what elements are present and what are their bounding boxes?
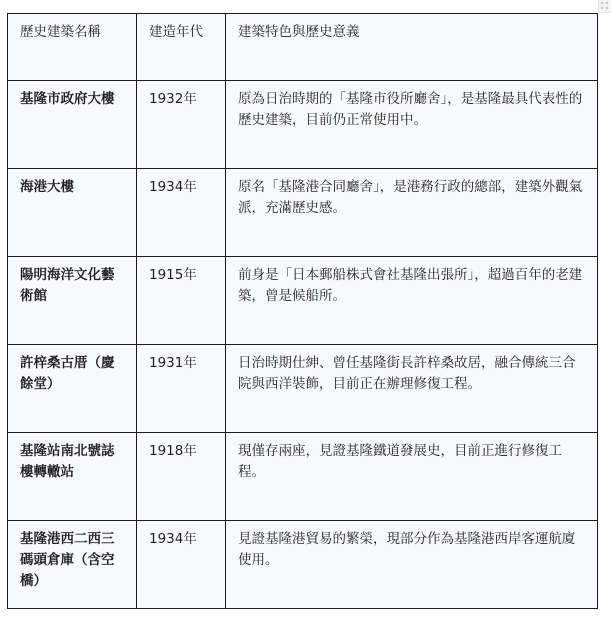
drag-dot — [601, 7, 603, 9]
building-name-cell: 基隆市政府大樓 — [8, 81, 137, 169]
year-cell: 1932年 — [137, 81, 226, 169]
year-cell: 1918年 — [137, 433, 226, 521]
drag-dot — [601, 2, 603, 4]
year-cell: 1915年 — [137, 257, 226, 345]
drag-dot — [606, 7, 608, 9]
table-row: 陽明海洋文化藝術館 1915年 前身是「日本郵船株式會社基隆出張所」，超過百年的… — [8, 257, 598, 345]
description-cell: 前身是「日本郵船株式會社基隆出張所」，超過百年的老建築，曾是候船所。 — [226, 257, 598, 345]
building-name-cell: 海港大樓 — [8, 169, 137, 257]
historic-buildings-table: 歷史建築名稱 建造年代 建築特色與歷史意義 基隆市政府大樓 1932年 原為日治… — [7, 13, 598, 609]
year-cell: 1931年 — [137, 345, 226, 433]
description-cell: 現僅存兩座，見證基隆鐵道發展史，目前正進行修復工程。 — [226, 433, 598, 521]
drag-dot — [606, 2, 608, 4]
table-row: 基隆市政府大樓 1932年 原為日治時期的「基隆市役所廳舍」，是基隆最具代表性的… — [8, 81, 598, 169]
table-row: 基隆港西二西三碼頭倉庫（含空橋） 1934年 見證基隆港貿易的繁榮，現部分作為基… — [8, 521, 598, 609]
header-features-significance: 建築特色與歷史意義 — [226, 14, 598, 81]
drag-handle-icon[interactable] — [598, 0, 611, 13]
table-row: 基隆站南北號誌樓轉轍站 1918年 現僅存兩座，見證基隆鐵道發展史，目前正進行修… — [8, 433, 598, 521]
table-row: 海港大樓 1934年 原名「基隆港合同廳舍」，是港務行政的總部，建築外觀氣派，充… — [8, 169, 598, 257]
building-name-cell: 基隆站南北號誌樓轉轍站 — [8, 433, 137, 521]
description-cell: 原為日治時期的「基隆市役所廳舍」，是基隆最具代表性的歷史建築，目前仍正常使用中。 — [226, 81, 598, 169]
table-row: 許梓桑古厝（慶餘堂） 1931年 日治時期仕紳、曾任基隆街長許梓桑故居，融合傳統… — [8, 345, 598, 433]
historic-buildings-table-container: 歷史建築名稱 建造年代 建築特色與歷史意義 基隆市政府大樓 1932年 原為日治… — [7, 13, 598, 609]
building-name-cell: 許梓桑古厝（慶餘堂） — [8, 345, 137, 433]
header-construction-year: 建造年代 — [137, 14, 226, 81]
header-building-name: 歷史建築名稱 — [8, 14, 137, 81]
building-name-cell: 基隆港西二西三碼頭倉庫（含空橋） — [8, 521, 137, 609]
year-cell: 1934年 — [137, 521, 226, 609]
description-cell: 日治時期仕紳、曾任基隆街長許梓桑故居，融合傳統三合院與西洋裝飾，目前正在辦理修復… — [226, 345, 598, 433]
year-cell: 1934年 — [137, 169, 226, 257]
table-header-row: 歷史建築名稱 建造年代 建築特色與歷史意義 — [8, 14, 598, 81]
description-cell: 原名「基隆港合同廳舍」，是港務行政的總部，建築外觀氣派，充滿歷史感。 — [226, 169, 598, 257]
description-cell: 見證基隆港貿易的繁榮，現部分作為基隆港西岸客運航廈使用。 — [226, 521, 598, 609]
building-name-cell: 陽明海洋文化藝術館 — [8, 257, 137, 345]
